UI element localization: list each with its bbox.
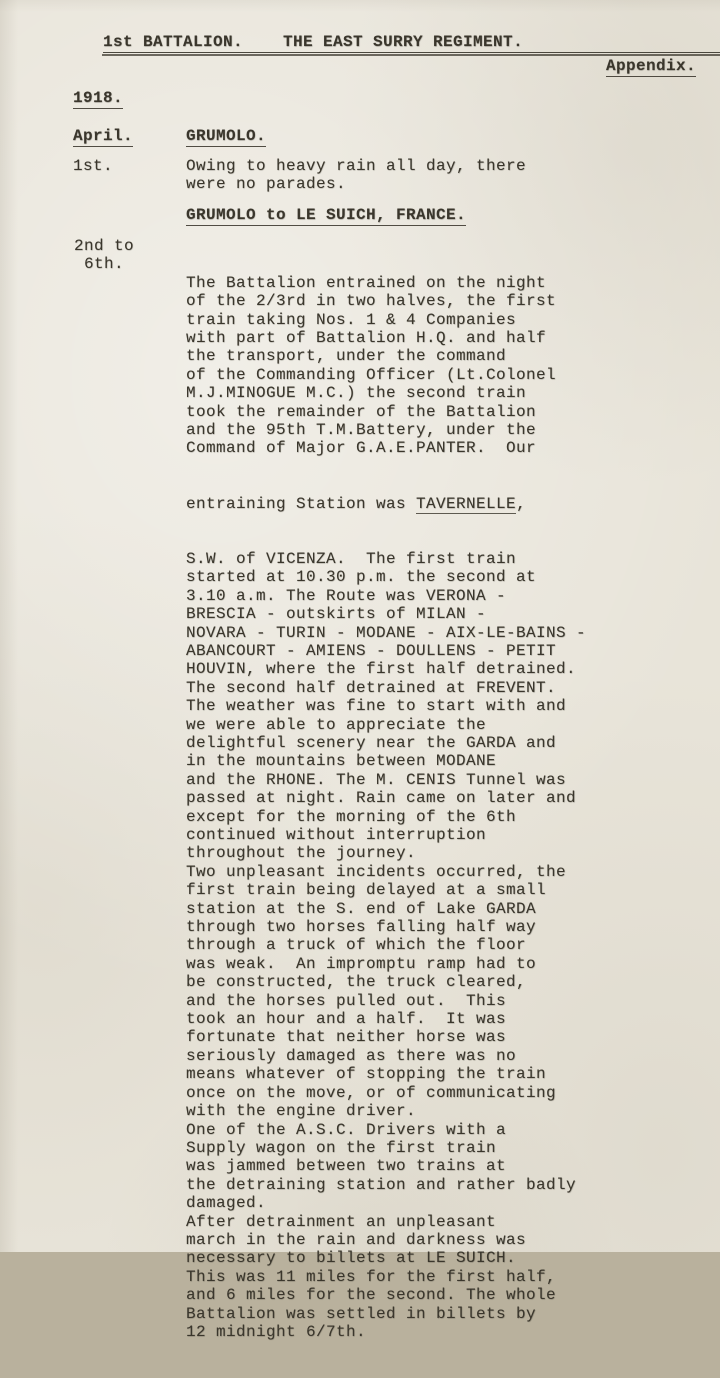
entry-paragraph-b: S.W. of VICENZA. The first train started… <box>186 550 586 1252</box>
tavernelle-word: TAVERNELLE <box>416 495 516 515</box>
move-heading: GRUMOLO to LE SUICH, FRANCE. <box>186 206 466 226</box>
date-label-1st: 1st. <box>73 157 113 175</box>
date-label-2nd-6th: 2nd to 6th. <box>74 237 134 274</box>
entry-1st-text: Owing to heavy rain all day, there were … <box>186 157 526 194</box>
appendix-label: Appendix. <box>606 57 696 77</box>
entry-2nd-6th-body: The Battalion entrained on the night of … <box>186 237 586 1252</box>
scanned-page: 1st BATTALION. THE EAST SURRY REGIMENT. … <box>0 0 720 1252</box>
month-label: April. <box>73 127 133 147</box>
tavernelle-pre: entraining Station was <box>186 495 416 513</box>
page-title: 1st BATTALION. THE EAST SURRY REGIMENT. <box>103 33 720 53</box>
entry-paragraph-a: The Battalion entrained on the night of … <box>186 274 586 458</box>
tavernelle-post: , <box>516 495 526 513</box>
tavernelle-line: entraining Station was TAVERNELLE, <box>186 495 586 513</box>
year-heading: 1918. <box>73 89 123 109</box>
place-heading-grumolo: GRUMOLO. <box>186 127 266 147</box>
